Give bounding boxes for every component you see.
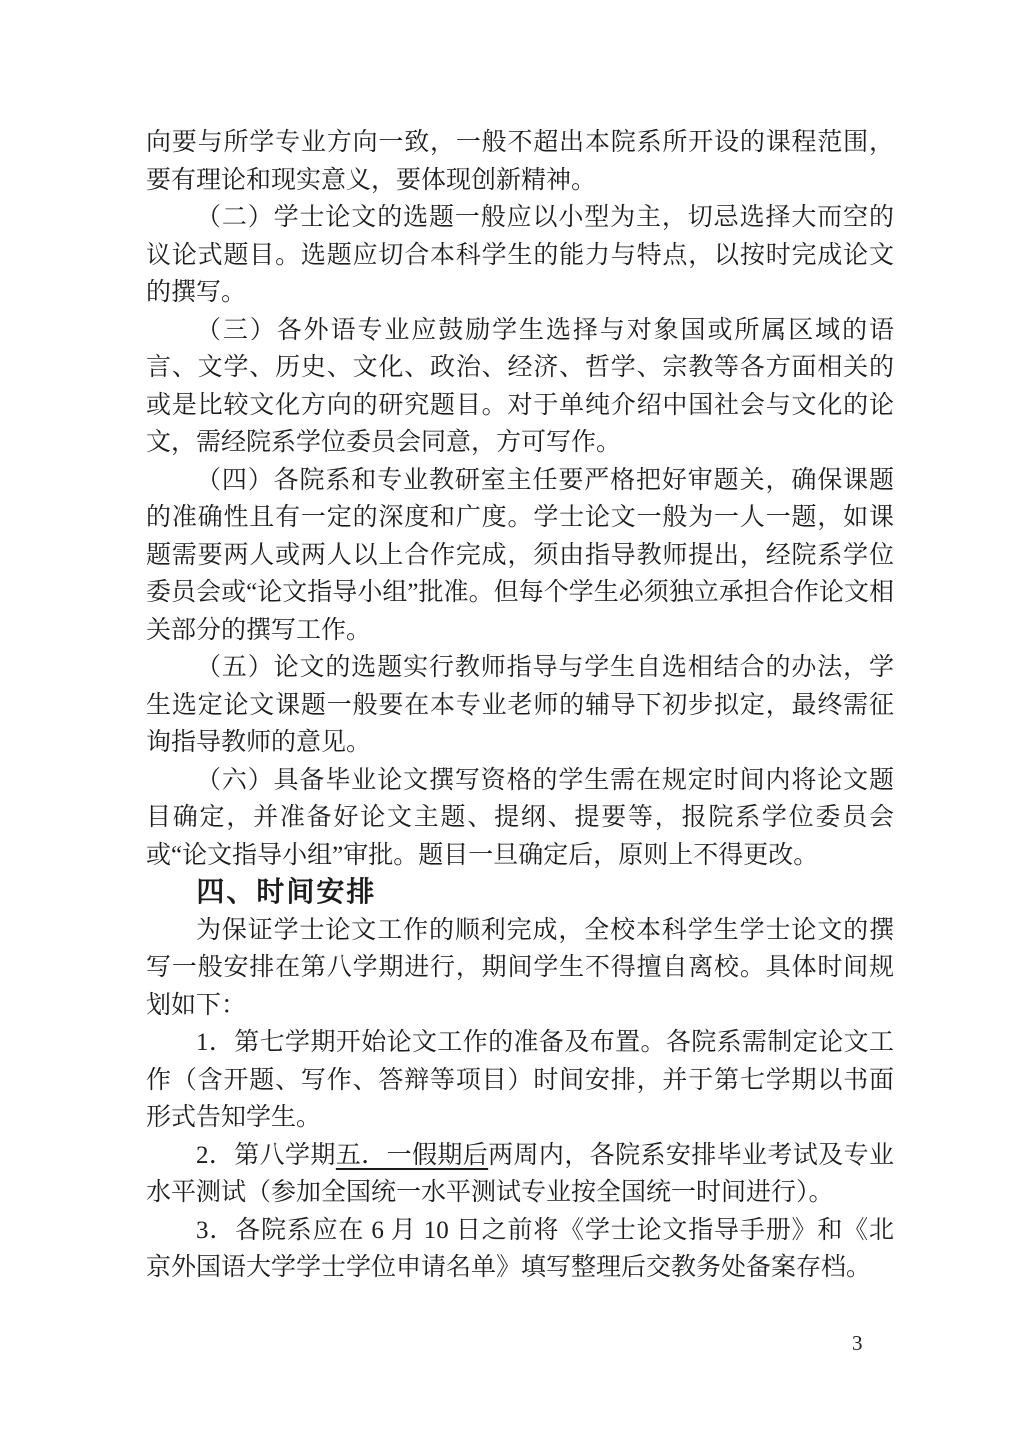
paragraph-point-3: （三）各外语专业应鼓励学生选择与对象国或所属区域的语言、文学、历史、文化、政治、… [146,312,894,462]
paragraph-point-4: （四）各院系和专业教研室主任要严格把好审题关，确保课题的准确性且有一定的深度和广… [146,462,894,650]
paragraph-continuation: 向要与所学专业方向一致，一般不超出本院系所开设的课程范围，要有理论和现实意义，要… [146,124,894,199]
schedule-item-2-underlined-text: 五．一假期后 [336,1142,488,1169]
section-heading-time-arrangement: 四、时间安排 [146,874,894,912]
paragraph-point-2: （二）学士论文的选题一般应以小型为主，切忌选择大而空的议论式题目。选题应切合本科… [146,199,894,312]
schedule-item-1: 1．第七学期开始论文工作的准备及布置。各院系需制定论文工作（含开题、写作、答辩等… [146,1024,894,1137]
document-body: 向要与所学专业方向一致，一般不超出本院系所开设的课程范围，要有理论和现实意义，要… [146,124,894,1287]
paragraph-time-intro: 为保证学士论文工作的顺利完成，全校本科学生学士论文的撰写一般安排在第八学期进行，… [146,912,894,1025]
paragraph-point-5: （五）论文的选题实行教师指导与学生自选相结合的办法，学生选定论文课题一般要在本专… [146,649,894,762]
schedule-item-2: 2．第八学期五．一假期后两周内，各院系安排毕业考试及专业水平测试（参加全国统一水… [146,1137,894,1212]
page-number: 3 [852,1328,863,1358]
schedule-item-3: 3．各院系应在 6 月 10 日之前将《学士论文指导手册》和《北京外国语大学学士… [146,1212,894,1287]
schedule-item-2-prefix: 2．第八学期 [196,1142,336,1169]
paragraph-point-6: （六）具备毕业论文撰写资格的学生需在规定时间内将论文题目确定，并准备好论文主题、… [146,762,894,875]
document-page: 向要与所学专业方向一致，一般不超出本院系所开设的课程范围，要有理论和现实意义，要… [0,0,1024,1447]
